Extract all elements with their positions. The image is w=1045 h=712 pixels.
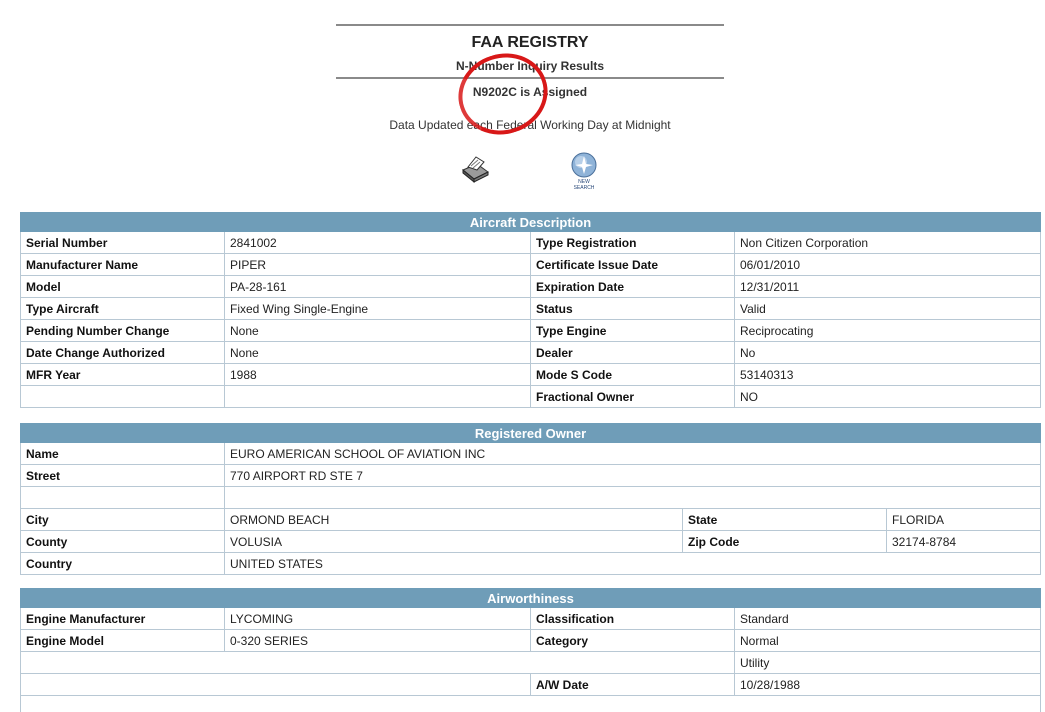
table-row: Engine Model 0-320 SERIES Category Norma… bbox=[21, 630, 1041, 652]
table-row: Type AircraftFixed Wing Single-EngineSta… bbox=[21, 298, 1041, 320]
table-row: City ORMOND BEACH State FLORIDA bbox=[21, 509, 1041, 531]
page-subtitle: N-Number Inquiry Results bbox=[336, 59, 724, 73]
owner-country: UNITED STATES bbox=[225, 553, 1041, 575]
table-row: Fractional OwnerNO bbox=[21, 386, 1041, 408]
field-label: Dealer bbox=[531, 342, 735, 364]
assignment-status: N9202C is Assigned bbox=[336, 85, 724, 99]
new-search-button[interactable]: NEW SEARCH bbox=[569, 152, 599, 190]
empty-cell bbox=[21, 696, 1041, 712]
aw-date-label: A/W Date bbox=[531, 674, 735, 696]
airworthiness-heading: Airworthiness bbox=[21, 589, 1041, 608]
city-label: City bbox=[21, 509, 225, 531]
page-header: FAA REGISTRY N-Number Inquiry Results N9… bbox=[336, 24, 724, 99]
classification: Standard bbox=[735, 608, 1041, 630]
aw-date: 10/28/1988 bbox=[735, 674, 1041, 696]
table-row: Street 770 AIRPORT RD STE 7 bbox=[21, 465, 1041, 487]
field-label: Certificate Issue Date bbox=[531, 254, 735, 276]
table-row bbox=[21, 487, 1041, 509]
registered-owner-heading: Registered Owner bbox=[21, 424, 1041, 443]
category: Normal bbox=[735, 630, 1041, 652]
owner-state: FLORIDA bbox=[887, 509, 1041, 531]
street-label: Street bbox=[21, 465, 225, 487]
table-row: Engine Manufacturer LYCOMING Classificat… bbox=[21, 608, 1041, 630]
field-value: 2841002 bbox=[225, 232, 531, 254]
field-value: 12/31/2011 bbox=[735, 276, 1041, 298]
empty-cell bbox=[21, 652, 735, 674]
field-value: Valid bbox=[735, 298, 1041, 320]
field-label: Model bbox=[21, 276, 225, 298]
county-label: County bbox=[21, 531, 225, 553]
field-label: Status bbox=[531, 298, 735, 320]
field-value: 53140313 bbox=[735, 364, 1041, 386]
field-value: None bbox=[225, 342, 531, 364]
engine-model-label: Engine Model bbox=[21, 630, 225, 652]
owner-street: 770 AIRPORT RD STE 7 bbox=[225, 465, 1041, 487]
field-value: 1988 bbox=[225, 364, 531, 386]
aircraft-description-table: Aircraft Description Serial Number284100… bbox=[20, 212, 1041, 408]
field-label: Serial Number bbox=[21, 232, 225, 254]
category-2: Utility bbox=[735, 652, 1041, 674]
table-row: Manufacturer NamePIPERCertificate Issue … bbox=[21, 254, 1041, 276]
field-value bbox=[225, 386, 531, 408]
field-label: Mode S Code bbox=[531, 364, 735, 386]
name-label: Name bbox=[21, 443, 225, 465]
field-value: Non Citizen Corporation bbox=[735, 232, 1041, 254]
owner-city: ORMOND BEACH bbox=[225, 509, 683, 531]
country-label: Country bbox=[21, 553, 225, 575]
top-rule bbox=[336, 24, 724, 26]
street2-label bbox=[21, 487, 225, 509]
state-label: State bbox=[683, 509, 887, 531]
field-value: PIPER bbox=[225, 254, 531, 276]
aircraft-description-heading: Aircraft Description bbox=[21, 213, 1041, 232]
field-label: Manufacturer Name bbox=[21, 254, 225, 276]
update-note: Data Updated each Federal Working Day at… bbox=[336, 118, 724, 132]
field-value: Fixed Wing Single-Engine bbox=[225, 298, 531, 320]
table-row: Utility bbox=[21, 652, 1041, 674]
table-row: Name EURO AMERICAN SCHOOL OF AVIATION IN… bbox=[21, 443, 1041, 465]
field-label: Date Change Authorized bbox=[21, 342, 225, 364]
field-label: Type Registration bbox=[531, 232, 735, 254]
table-row: County VOLUSIA Zip Code 32174-8784 bbox=[21, 531, 1041, 553]
table-row: Pending Number ChangeNoneType EngineReci… bbox=[21, 320, 1041, 342]
owner-street2 bbox=[225, 487, 1041, 509]
owner-county: VOLUSIA bbox=[225, 531, 683, 553]
registered-owner-table: Registered Owner Name EURO AMERICAN SCHO… bbox=[20, 423, 1041, 575]
table-row: Date Change AuthorizedNoneDealerNo bbox=[21, 342, 1041, 364]
table-row: A/W Date 10/28/1988 bbox=[21, 674, 1041, 696]
table-row: MFR Year1988Mode S Code53140313 bbox=[21, 364, 1041, 386]
engine-manufacturer: LYCOMING bbox=[225, 608, 531, 630]
classification-label: Classification bbox=[531, 608, 735, 630]
engine-model: 0-320 SERIES bbox=[225, 630, 531, 652]
field-label: MFR Year bbox=[21, 364, 225, 386]
zip-label: Zip Code bbox=[683, 531, 887, 553]
table-row: Country UNITED STATES bbox=[21, 553, 1041, 575]
svg-text:SEARCH: SEARCH bbox=[574, 185, 595, 190]
engine-manufacturer-label: Engine Manufacturer bbox=[21, 608, 225, 630]
printer-icon[interactable] bbox=[460, 154, 490, 184]
bottom-rule bbox=[336, 77, 724, 79]
field-label: Type Engine bbox=[531, 320, 735, 342]
field-label: Expiration Date bbox=[531, 276, 735, 298]
field-label bbox=[21, 386, 225, 408]
owner-name: EURO AMERICAN SCHOOL OF AVIATION INC bbox=[225, 443, 1041, 465]
category-label: Category bbox=[531, 630, 735, 652]
field-value: No bbox=[735, 342, 1041, 364]
airworthiness-table: Airworthiness Engine Manufacturer LYCOMI… bbox=[20, 588, 1041, 712]
owner-zip: 32174-8784 bbox=[887, 531, 1041, 553]
field-label: Pending Number Change bbox=[21, 320, 225, 342]
field-value: NO bbox=[735, 386, 1041, 408]
field-value: 06/01/2010 bbox=[735, 254, 1041, 276]
field-value: Reciprocating bbox=[735, 320, 1041, 342]
table-row: Serial Number2841002Type RegistrationNon… bbox=[21, 232, 1041, 254]
empty-cell bbox=[21, 674, 531, 696]
page-title: FAA REGISTRY bbox=[336, 34, 724, 52]
field-label: Fractional Owner bbox=[531, 386, 735, 408]
field-value: PA-28-161 bbox=[225, 276, 531, 298]
table-row: ModelPA-28-161Expiration Date12/31/2011 bbox=[21, 276, 1041, 298]
field-value: None bbox=[225, 320, 531, 342]
field-label: Type Aircraft bbox=[21, 298, 225, 320]
table-row bbox=[21, 696, 1041, 712]
